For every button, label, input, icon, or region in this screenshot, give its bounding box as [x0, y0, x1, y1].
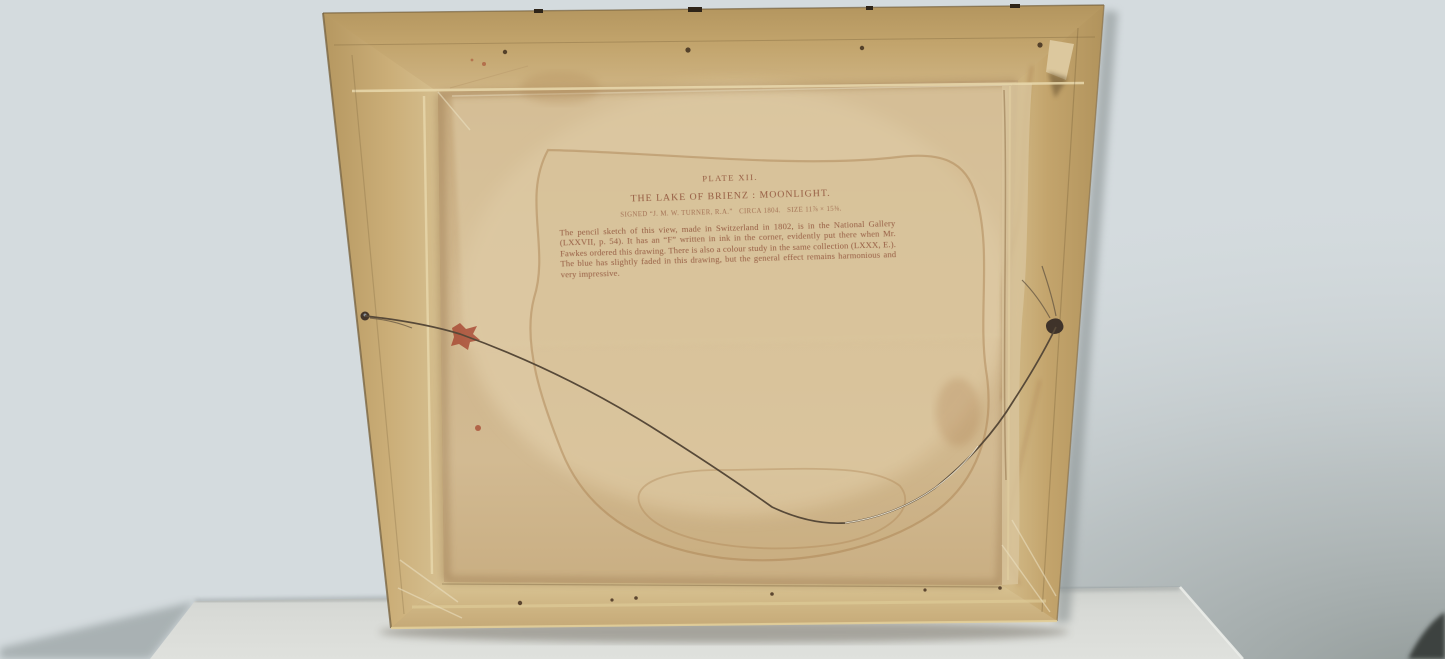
photograph-frame-back-scene: PLATE XII. THE LAKE OF BRIENZ : MOONLIGH… [0, 0, 1445, 659]
wax-speck-1 [482, 62, 486, 66]
printed-label: PLATE XII. THE LAKE OF BRIENZ : MOONLIGH… [540, 167, 923, 280]
framed-picture-back [323, 4, 1104, 628]
scene-graphic [0, 0, 1445, 659]
wax-speck-2 [471, 59, 474, 62]
frame-rail-top [323, 5, 1104, 92]
artwork-title: THE LAKE OF BRIENZ : MOONLIGHT. [541, 185, 921, 207]
label-description: The pencil sketch of this view, made in … [559, 218, 896, 279]
wax-drop [475, 425, 481, 431]
stain-blotch [936, 378, 980, 446]
